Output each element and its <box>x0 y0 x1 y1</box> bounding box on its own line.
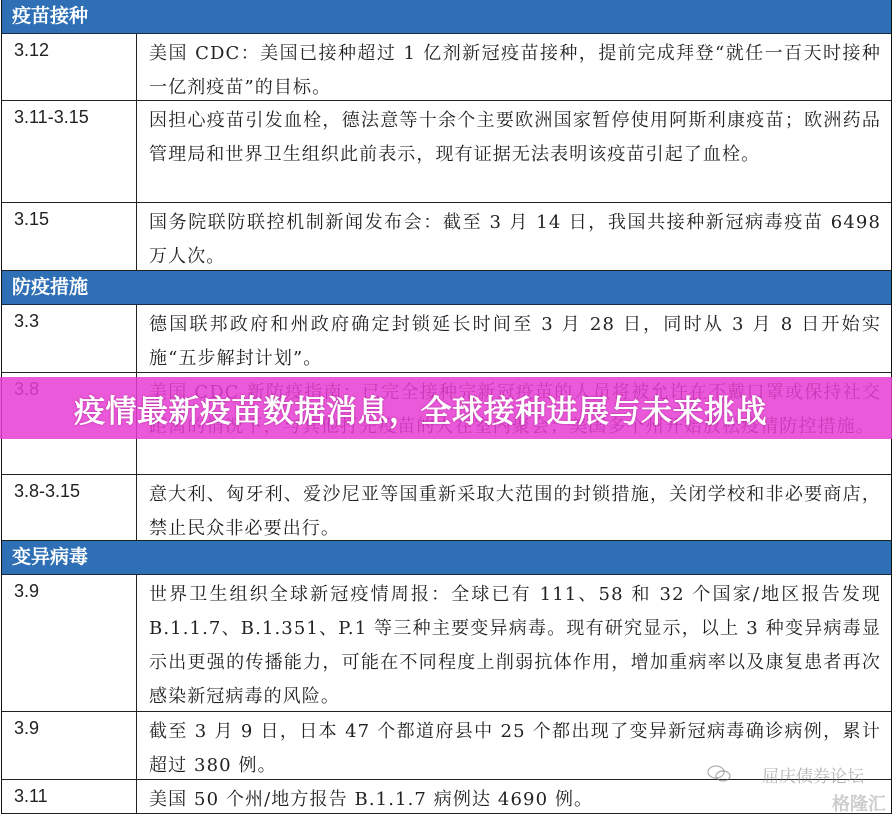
row-text: 世界卫生组织全球新冠疫情周报：全球已有 111、58 和 32 个国家/地区报告… <box>137 575 891 711</box>
section-header-prevention: 防疫措施 <box>2 271 891 305</box>
title-banner: 疫情最新疫苗数据消息，全球接种进展与未来挑战 <box>0 377 892 439</box>
table-row: 3.3 德国联邦政府和州政府确定封锁延长时间至 3 月 28 日，同时从 3 月… <box>2 305 891 373</box>
row-date: 3.15 <box>2 203 137 270</box>
watermark-brand: 格隆汇 <box>832 790 886 816</box>
section-header-vaccination: 疫苗接种 <box>2 0 891 34</box>
table-row: 3.15 国务院联防联控机制新闻发布会：截至 3 月 14 日，我国共接种新冠病… <box>2 203 891 271</box>
row-text: 意大利、匈牙利、爱沙尼亚等国重新采取大范围的封锁措施，关闭学校和非必要商店，禁止… <box>137 475 891 540</box>
row-text: 国务院联防联控机制新闻发布会：截至 3 月 14 日，我国共接种新冠病毒疫苗 6… <box>137 203 891 270</box>
table-row: 3.9 截至 3 月 9 日，日本 47 个都道府县中 25 个都出现了变异新冠… <box>2 712 891 780</box>
row-text: 因担心疫苗引发血栓，德法意等十余个主要欧洲国家暂停使用阿斯利康疫苗；欧洲药品管理… <box>137 101 891 202</box>
wechat-icon <box>706 764 732 784</box>
watermark-account: 屈庆债券论坛 <box>762 762 864 787</box>
table-row: 3.12 美国 CDC：美国已接种超过 1 亿剂新冠疫苗接种，提前完成拜登“就任… <box>2 34 891 101</box>
row-date: 3.12 <box>2 34 137 100</box>
row-text: 美国 CDC：美国已接种超过 1 亿剂新冠疫苗接种，提前完成拜登“就任一百天时接… <box>137 34 891 100</box>
table-row: 3.8-3.15 意大利、匈牙利、爱沙尼亚等国重新采取大范围的封锁措施，关闭学校… <box>2 475 891 541</box>
table-row: 3.11-3.15 因担心疫苗引发血栓，德法意等十余个主要欧洲国家暂停使用阿斯利… <box>2 101 891 203</box>
row-text: 德国联邦政府和州政府确定封锁延长时间至 3 月 28 日，同时从 3 月 8 日… <box>137 305 891 372</box>
row-date: 3.11 <box>2 780 137 813</box>
table-row: 3.11 美国 50 个州/地方报告 B.1.1.7 病例达 4690 例。 <box>2 780 891 814</box>
row-date: 3.3 <box>2 305 137 372</box>
table-row: 3.9 世界卫生组织全球新冠疫情周报：全球已有 111、58 和 32 个国家/… <box>2 575 891 712</box>
row-date: 3.8-3.15 <box>2 475 137 540</box>
row-date: 3.9 <box>2 712 137 779</box>
banner-title: 疫情最新疫苗数据消息，全球接种进展与未来挑战 <box>74 386 767 431</box>
row-date: 3.11-3.15 <box>2 101 137 202</box>
row-date: 3.9 <box>2 575 137 711</box>
section-header-variants: 变异病毒 <box>2 541 891 575</box>
